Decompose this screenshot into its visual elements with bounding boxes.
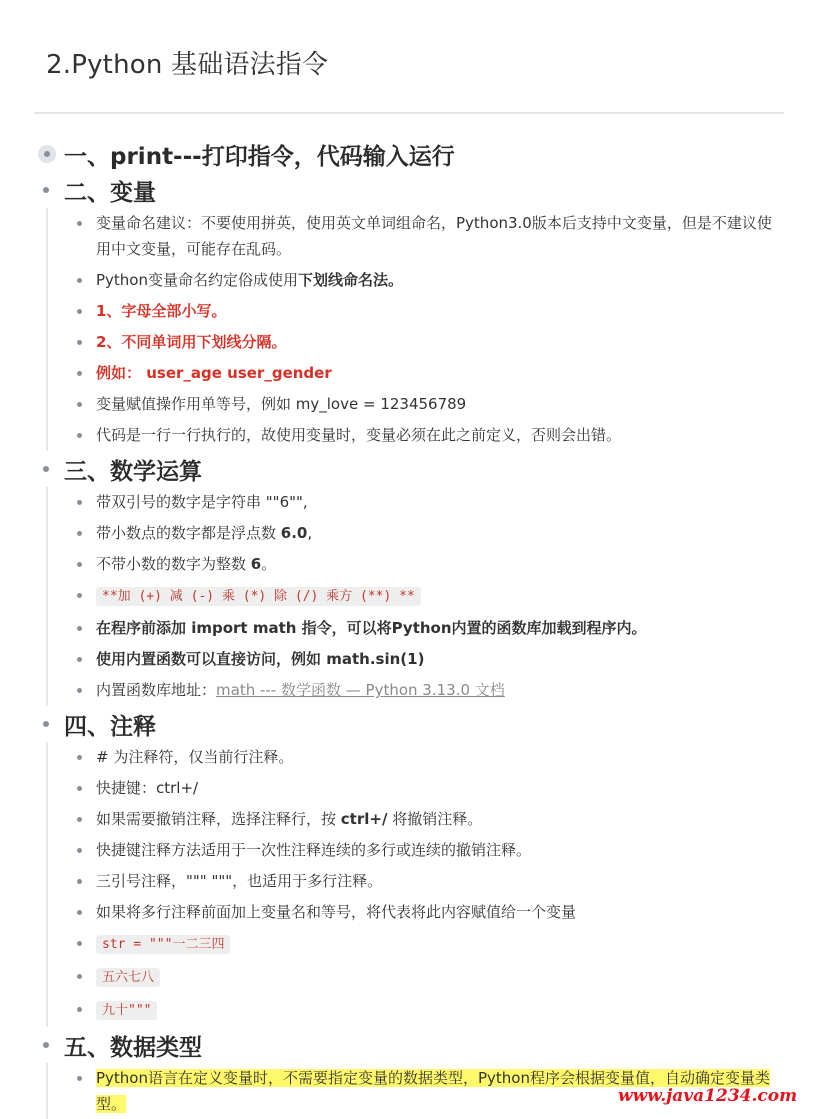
section-title: 五、数据类型 [64, 1029, 202, 1062]
page-title: 2.Python 基础语法指令 [46, 44, 328, 81]
list-item[interactable]: 三引号注释，""" """，也适用于多行注释。 [48, 866, 815, 897]
item-text: 三引号注释，""" """，也适用于多行注释。 [96, 872, 382, 890]
section-title: 三、数学运算 [64, 453, 202, 486]
item-text: 如果将多行注释前面加上变量名和等号，将代表将此内容赋值给一个变量 [96, 903, 576, 921]
bullet-icon[interactable] [77, 531, 82, 536]
list-item[interactable]: 2、不同单词用下划线分隔。 [48, 327, 815, 358]
item-red-text: 例如： user_age user_gender [96, 364, 332, 382]
item-bold-text: 6.0 [281, 524, 308, 542]
bullet-icon[interactable] [77, 500, 82, 505]
bullet-icon[interactable] [77, 371, 82, 376]
bullet-icon[interactable] [77, 786, 82, 791]
list-item[interactable]: 变量命名建议：不要使用拼英，使用英文单词组命名，Python3.0版本后支持中文… [48, 208, 815, 265]
list-item[interactable]: 例如： user_age user_gender [48, 358, 815, 389]
item-text: 快捷键注释方法适用于一次性注释连续的多行或连续的撤销注释。 [96, 841, 531, 859]
bullet-icon[interactable] [77, 1076, 82, 1081]
bullet-icon[interactable] [77, 848, 82, 853]
section-children: # 为注释符，仅当前行注释。 快捷键：ctrl+/ 如果需要撤销注释，选择注释行… [46, 742, 815, 1027]
item-text: 代码是一行一行执行的，故使用变量时，变量必须在此之前定义，否则会出错。 [96, 426, 621, 444]
outline-list: 一、print---打印指令，代码输入运行 二、变量 变量命名建议：不要使用拼英… [0, 136, 815, 1119]
bullet-icon[interactable] [77, 910, 82, 915]
bullet-icon[interactable] [77, 817, 82, 822]
bullet-icon[interactable] [77, 879, 82, 884]
list-item[interactable]: 如果需要撤销注释，选择注释行，按 ctrl+/ 将撤销注释。 [48, 804, 815, 835]
section-title: 二、变量 [64, 174, 156, 207]
bullet-icon[interactable] [43, 466, 49, 472]
item-text: 快捷键：ctrl+/ [96, 779, 198, 797]
list-item[interactable]: Python变量命名约定俗成使用下划线命名法。 [48, 265, 815, 296]
item-text: 内置函数库地址： [96, 681, 216, 699]
bullet-icon[interactable] [77, 221, 82, 226]
section-print: 一、print---打印指令，代码输入运行 [0, 136, 815, 172]
item-text: 变量命名建议：不要使用拼英，使用英文单词组命名，Python3.0版本后支持中文… [96, 214, 772, 258]
list-item[interactable]: 内置函数库地址：math --- 数学函数 — Python 3.13.0 文档 [48, 675, 815, 706]
section-children: 变量命名建议：不要使用拼英，使用英文单词组命名，Python3.0版本后支持中文… [46, 208, 815, 451]
bullet-icon[interactable] [77, 340, 82, 345]
section-header[interactable]: 二、变量 [0, 172, 815, 208]
list-item[interactable]: str = """一二三四 [48, 928, 815, 961]
item-bold-text: 在程序前添加 import math 指令，可以将Python内置的函数库加载到… [96, 619, 647, 637]
section-header[interactable]: 四、注释 [0, 706, 815, 742]
item-text: 如果需要撤销注释，选择注释行，按 [96, 810, 341, 828]
section-variables: 二、变量 变量命名建议：不要使用拼英，使用英文单词组命名，Python3.0版本… [0, 172, 815, 451]
list-item[interactable]: 九十""" [48, 994, 815, 1027]
inline-code: **加 (+) 减 (-) 乘 (*) 除 (/) 乘方 (**) ** [96, 587, 421, 606]
bullet-icon[interactable] [77, 402, 82, 407]
item-text: 不带小数的数字为整数 [96, 555, 251, 573]
bullet-icon[interactable] [77, 278, 82, 283]
list-item[interactable]: 在程序前添加 import math 指令，可以将Python内置的函数库加载到… [48, 613, 815, 644]
section-header[interactable]: 一、print---打印指令，代码输入运行 [0, 136, 815, 172]
inline-code: 五六七八 [96, 968, 160, 987]
inline-code: str = """一二三四 [96, 935, 230, 954]
item-text: , [307, 524, 312, 542]
item-red-text: 1、字母全部小写。 [96, 302, 226, 320]
section-children: 带双引号的数字是字符串 ""6"", 带小数点的数字都是浮点数 6.0, 不带小… [46, 487, 815, 706]
section-header[interactable]: 五、数据类型 [0, 1027, 815, 1063]
collapsed-bullet-icon[interactable] [38, 145, 56, 163]
bullet-icon[interactable] [77, 593, 82, 598]
bullet-icon[interactable] [77, 562, 82, 567]
bullet-icon[interactable] [77, 657, 82, 662]
list-item[interactable]: 快捷键注释方法适用于一次性注释连续的多行或连续的撤销注释。 [48, 835, 815, 866]
bullet-icon[interactable] [77, 755, 82, 760]
item-text: 带小数点的数字都是浮点数 [96, 524, 281, 542]
bullet-icon[interactable] [77, 309, 82, 314]
bullet-icon[interactable] [77, 1007, 82, 1012]
list-item[interactable]: 快捷键：ctrl+/ [48, 773, 815, 804]
list-item[interactable]: # 为注释符，仅当前行注释。 [48, 742, 815, 773]
item-bold-text: 下划线命名法。 [298, 271, 403, 289]
bullet-icon[interactable] [77, 433, 82, 438]
title-divider [34, 112, 784, 114]
item-bold-text: ctrl+/ [341, 810, 388, 828]
list-item[interactable]: 不带小数的数字为整数 6。 [48, 549, 815, 580]
list-item[interactable]: 五六七八 [48, 961, 815, 994]
section-comments: 四、注释 # 为注释符，仅当前行注释。 快捷键：ctrl+/ 如果需要撤销注释，… [0, 706, 815, 1027]
item-text: # 为注释符，仅当前行注释。 [96, 748, 293, 766]
bullet-icon[interactable] [43, 721, 49, 727]
bullet-icon[interactable] [77, 941, 82, 946]
item-text: 变量赋值操作用单等号，例如 my_love = 123456789 [96, 395, 466, 413]
item-text: 带双引号的数字是字符串 ""6"", [96, 493, 308, 511]
list-item[interactable]: 代码是一行一行执行的，故使用变量时，变量必须在此之前定义，否则会出错。 [48, 420, 815, 451]
section-title: 一、print---打印指令，代码输入运行 [64, 138, 455, 171]
bullet-icon[interactable] [77, 974, 82, 979]
bullet-icon[interactable] [43, 1042, 49, 1048]
list-item[interactable]: 带小数点的数字都是浮点数 6.0, [48, 518, 815, 549]
item-bold-text: 使用内置函数可以直接访问，例如 math.sin(1) [96, 650, 424, 668]
bullet-icon[interactable] [77, 688, 82, 693]
section-math: 三、数学运算 带双引号的数字是字符串 ""6"", 带小数点的数字都是浮点数 6… [0, 451, 815, 706]
list-item[interactable]: 使用内置函数可以直接访问，例如 math.sin(1) [48, 644, 815, 675]
list-item[interactable]: 带双引号的数字是字符串 ""6"", [48, 487, 815, 518]
list-item[interactable]: **加 (+) 减 (-) 乘 (*) 除 (/) 乘方 (**) ** [48, 580, 815, 613]
bullet-icon[interactable] [77, 626, 82, 631]
inline-code: 九十""" [96, 1001, 157, 1020]
section-header[interactable]: 三、数学运算 [0, 451, 815, 487]
item-text: Python变量命名约定俗成使用 [96, 271, 298, 289]
item-text: 将撤销注释。 [387, 810, 482, 828]
item-bold-text: 6 [251, 555, 261, 573]
list-item[interactable]: 1、字母全部小写。 [48, 296, 815, 327]
list-item[interactable]: 变量赋值操作用单等号，例如 my_love = 123456789 [48, 389, 815, 420]
item-red-text: 2、不同单词用下划线分隔。 [96, 333, 286, 351]
item-text: 。 [261, 555, 276, 573]
list-item[interactable]: 如果将多行注释前面加上变量名和等号，将代表将此内容赋值给一个变量 [48, 897, 815, 928]
math-docs-link[interactable]: math --- 数学函数 — Python 3.13.0 文档 [216, 681, 505, 699]
bullet-icon[interactable] [43, 187, 49, 193]
watermark: www.java1234.com [618, 1086, 797, 1106]
section-title: 四、注释 [64, 708, 156, 741]
